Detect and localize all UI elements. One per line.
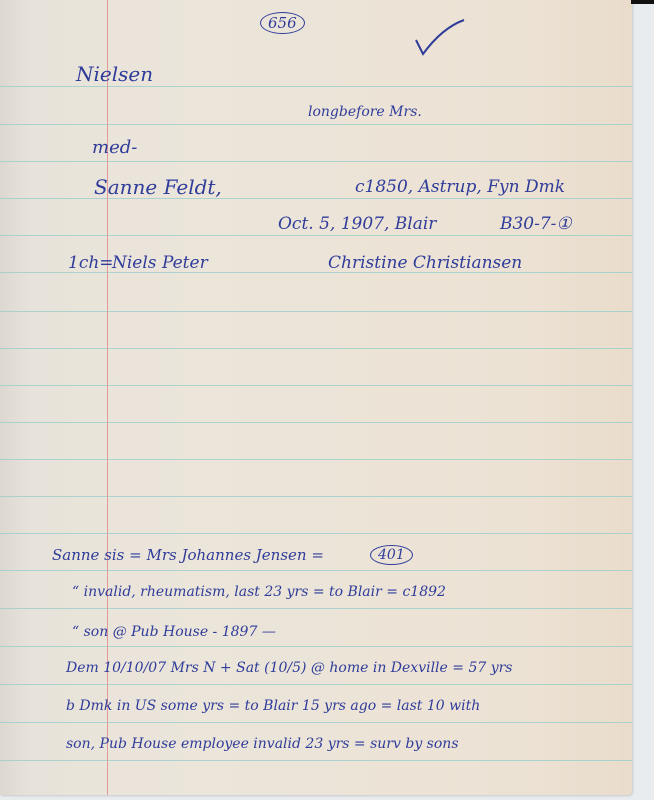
- page-number: 656: [260, 12, 305, 34]
- ruled-line: [0, 385, 632, 386]
- ruled-line: [0, 348, 632, 349]
- note-line-5: b Dmk in US some yrs = to Blair 15 yrs a…: [66, 698, 480, 714]
- ruled-line: [0, 311, 632, 312]
- ruled-line: [0, 161, 632, 162]
- note-line-6: son, Pub House employee invalid 23 yrs =…: [66, 736, 459, 752]
- grave-ref: B30-7-①: [500, 214, 572, 234]
- ruled-line: [0, 459, 632, 460]
- children-label: 1ch=: [68, 253, 114, 273]
- check-mark-icon: [412, 18, 468, 58]
- spouse-birth: c1850, Astrup, Fyn Dmk: [355, 177, 565, 197]
- ruled-line: [0, 608, 632, 609]
- ruled-line: [0, 722, 632, 723]
- child-name: Niels Peter: [112, 253, 208, 273]
- scanner-edge: [631, 0, 654, 4]
- ruled-line: [0, 760, 632, 761]
- note-line-4: Dem 10/10/07 Mrs N + Sat (10/5) @ home i…: [66, 660, 513, 676]
- ruled-line: [0, 86, 632, 87]
- married-label: med-: [92, 137, 137, 158]
- spouse-death: Oct. 5, 1907, Blair: [278, 214, 436, 234]
- ruled-line: [0, 124, 632, 125]
- ruled-line: [0, 422, 632, 423]
- note-line-2: “ invalid, rheumatism, last 23 yrs = to …: [72, 584, 446, 600]
- note-line-1: Sanne sis = Mrs Johannes Jensen =: [52, 546, 324, 564]
- child-spouse: Christine Christiansen: [328, 253, 522, 273]
- surname: Nielsen: [76, 62, 153, 86]
- ruled-line: [0, 570, 632, 571]
- note-top: longbefore Mrs.: [308, 104, 422, 120]
- note-line-3: “ son @ Pub House - 1897 —: [72, 624, 276, 640]
- ruled-line: [0, 496, 632, 497]
- ruled-line: [0, 646, 632, 647]
- ruled-line: [0, 533, 632, 534]
- ruled-line: [0, 684, 632, 685]
- notebook-page: 656 Nielsen longbefore Mrs. med- Sanne F…: [0, 0, 632, 795]
- spouse-name: Sanne Feldt,: [94, 175, 222, 199]
- reference-number: 401: [370, 545, 413, 565]
- ruled-line: [0, 235, 632, 236]
